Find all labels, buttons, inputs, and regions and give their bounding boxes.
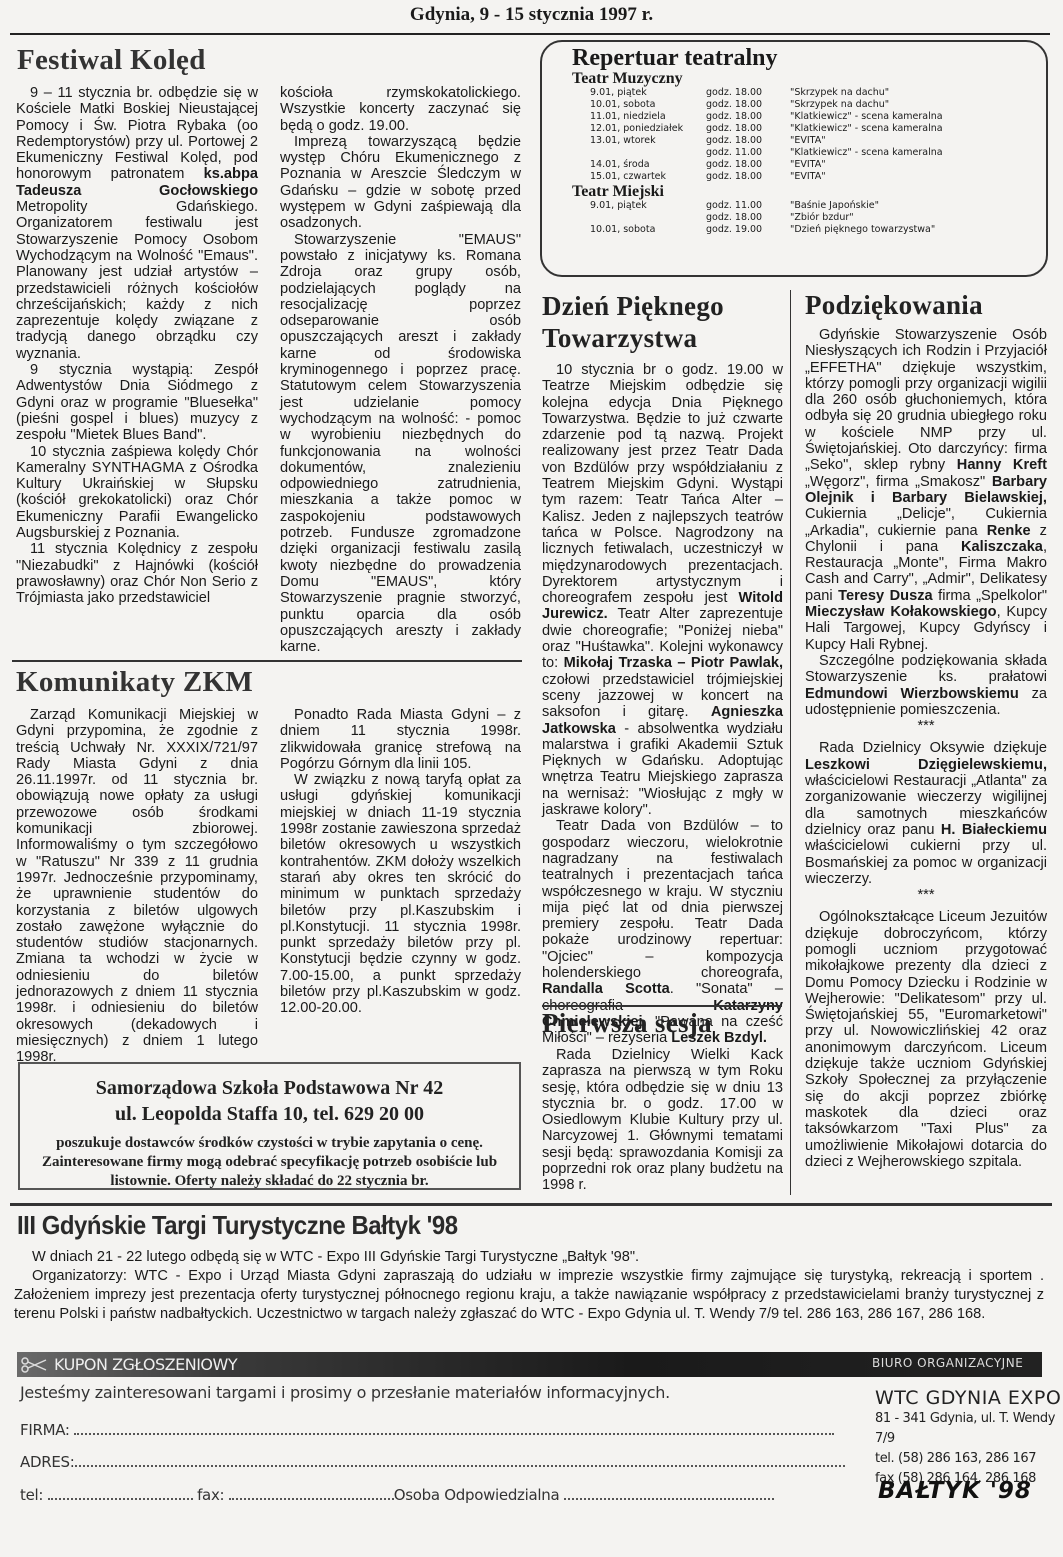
dzien-body: 10 stycznia br o godz. 19.00 w Teatrze M… xyxy=(542,362,783,1046)
podziekowania-para: Ogólnokształcące Liceum Jezuitów dziękuj… xyxy=(805,909,1047,1170)
org-tel: tel. (58) 286 163, 286 167 xyxy=(875,1449,1063,1469)
section-rule xyxy=(10,1203,1052,1206)
zkm-para: Ponadto Rada Miasta Gdyni – z dniem 11 s… xyxy=(280,707,521,772)
schedule-time: godz. 11.00 xyxy=(706,200,790,212)
firma-field[interactable]: FIRMA: xyxy=(20,1421,834,1439)
podziekowania-para: Rada Dzielnicy Oksywie dziękuje Leszkowi… xyxy=(805,740,1047,887)
text: firma „Spelkolor" xyxy=(933,588,1047,604)
schedule-time: godz. 18.00 xyxy=(706,135,790,147)
fair-para: Organizatorzy: WTC - Expo i Urząd Miasta… xyxy=(14,1267,1044,1324)
schedule-time: godz. 18.00 xyxy=(706,171,790,183)
text: „Węgorz", firma „Smakosz" xyxy=(805,474,992,490)
header-rule xyxy=(10,33,1050,35)
schedule-play: "Skrzypek na dachu" xyxy=(790,99,1046,111)
schedule-date: 15.01, czwartek xyxy=(572,171,706,183)
schedule-play: "Skrzypek na dachu" xyxy=(790,87,1046,99)
text: Teatr Dada von Bzdülów – to gospodarz wi… xyxy=(542,818,783,981)
schedule-play: "EVITA" xyxy=(790,159,1046,171)
osoba-input-line[interactable] xyxy=(564,1488,774,1500)
person-name: Mieczysław Kołakowskiego xyxy=(805,604,997,620)
schedule-row: 14.01, środagodz. 18.00"EVITA" xyxy=(572,159,1046,171)
text: właścicielowi cukierni przy ul. Bosmańsk… xyxy=(805,838,1047,887)
section-rule xyxy=(12,660,522,662)
contact-fields: tel: fax: Osoba Odpowiedzialna xyxy=(20,1486,774,1504)
podziekowania-para: Szczególne podziękowania składa Stowarzy… xyxy=(805,653,1047,718)
osoba-label: Osoba Odpowiedzialna xyxy=(394,1486,560,1504)
separator: *** xyxy=(805,887,1047,903)
schedule-date: 9.01, piątek xyxy=(572,87,706,99)
fair-body: W dniach 21 - 22 lutego odbędą się w WTC… xyxy=(14,1248,1044,1324)
fair-para: W dniach 21 - 22 lutego odbędą się w WTC… xyxy=(14,1248,1044,1267)
person-name: Renke xyxy=(987,523,1031,539)
theater-name: Teatr Muzyczny xyxy=(572,70,1046,87)
festiwal-para: 9 – 11 stycznia br. odbędzie się w Kości… xyxy=(16,85,258,362)
sesja-para: Rada Dzielnicy Wielki Kack zaprasza na p… xyxy=(542,1047,783,1194)
festiwal-col2: kościoła rzymskokatolickiego. Wszystkie … xyxy=(280,85,521,655)
festiwal-para: 10 stycznia zaśpiewa kolędy Chór Kameral… xyxy=(16,444,258,542)
festiwal-para: Stowarzyszenie "EMAUS" powstało z inicja… xyxy=(280,232,521,656)
schedule-date xyxy=(572,212,706,224)
text: Rada Dzielnicy Oksywie dziękuje xyxy=(819,740,1047,756)
organizer-contact: WTC GDYNIA EXPO 81 - 341 Gdynia, ul. T. … xyxy=(875,1387,1063,1489)
coupon-label: KUPON ZGŁOSZENIOWY xyxy=(20,1355,237,1374)
schedule-date: 12.01, poniedziałek xyxy=(572,123,706,135)
zkm-col2: Ponadto Rada Miasta Gdyni – z dniem 11 s… xyxy=(280,707,521,1017)
person-name: Edmundowi Wierzbowskiemu xyxy=(805,686,1019,702)
person-name: Teresy Dusza xyxy=(838,588,933,604)
zkm-col1: Zarząd Komunikacji Miejskiej w Gdyni prz… xyxy=(16,707,258,1066)
schedule-time: godz. 18.00 xyxy=(706,123,790,135)
sesja-body: Rada Dzielnicy Wielki Kack zaprasza na p… xyxy=(542,1047,783,1194)
ad-address: ul. Leopolda Staffa 10, tel. 629 20 00 xyxy=(20,1102,519,1126)
schedule-play: "Klatkiewicz" - scena kameralna xyxy=(790,111,1046,123)
festiwal-para: kościoła rzymskokatolickiego. Wszystkie … xyxy=(280,85,521,134)
adres-label: ADRES: xyxy=(20,1453,75,1471)
column-rule xyxy=(790,290,791,1195)
schedule-time: godz. 18.00 xyxy=(706,87,790,99)
firma-input-line[interactable] xyxy=(74,1423,834,1435)
theater-list: Teatr Muzyczny9.01, piątekgodz. 18.00"Sk… xyxy=(572,70,1046,236)
adres-input-line[interactable] xyxy=(75,1455,845,1467)
schedule-row: godz. 18.00"Zbiór bzdur" xyxy=(572,212,1046,224)
podziekowania-body: Gdyńskie Stowarzyszenie Osób Niesłyszący… xyxy=(805,327,1047,1170)
schedule-row: godz. 11.00"Klatkiewicz" - scena kameral… xyxy=(572,147,1046,159)
festiwal-para: Imprezą towarzyszącą będzie występ Chóru… xyxy=(280,134,521,232)
schedule-row: 13.01, wtorekgodz. 18.00"EVITA" xyxy=(572,135,1046,147)
tel-label: tel: xyxy=(20,1486,43,1504)
festiwal-col1: 9 – 11 stycznia br. odbędzie się w Kości… xyxy=(16,85,258,607)
fax-label: fax: xyxy=(197,1486,224,1504)
schedule-date: 10.01, sobota xyxy=(572,99,706,111)
schedule-row: 10.01, sobotagodz. 18.00"Skrzypek na dac… xyxy=(572,99,1046,111)
person-name: H. Białeckiemu xyxy=(941,822,1047,838)
coupon-intro: Jesteśmy zainteresowani targami i prosim… xyxy=(20,1383,670,1402)
schedule-time: godz. 18.00 xyxy=(706,99,790,111)
dzien-title: Dzień Pięknego Towarzystwa xyxy=(542,290,782,354)
person-name: Randalla Scotta xyxy=(542,981,670,997)
schedule-play: "EVITA" xyxy=(790,171,1046,183)
person-name: Kaliszczaka xyxy=(961,539,1043,555)
schedule-time: godz. 19.00 xyxy=(706,224,790,236)
tel-input-line[interactable] xyxy=(48,1488,193,1500)
schedule-row: 12.01, poniedziałekgodz. 18.00"Klatkiewi… xyxy=(572,123,1046,135)
fax-input-line[interactable] xyxy=(229,1488,394,1500)
firma-label: FIRMA: xyxy=(20,1421,70,1439)
theater-repertoire-box: Repertuar teatralny Teatr Muzyczny9.01, … xyxy=(540,40,1048,277)
coupon-title: KUPON ZGŁOSZENIOWY xyxy=(54,1355,237,1374)
theater-name: Teatr Miejski xyxy=(572,183,1046,200)
schedule-date: 9.01, piątek xyxy=(572,200,706,212)
festiwal-para: 11 stycznia Kolędnicy z zespołu "Niezabu… xyxy=(16,541,258,606)
schedule-row: 10.01, sobotagodz. 19.00"Dzień pięknego … xyxy=(572,224,1046,236)
schedule-row: 9.01, piątekgodz. 18.00"Skrzypek na dach… xyxy=(572,87,1046,99)
zkm-title: Komunikaty ZKM xyxy=(16,666,253,699)
person-name: Mikołaj Trzaska – Piotr Pawlak, xyxy=(564,655,783,671)
schedule-row: 15.01, czwartekgodz. 18.00"EVITA" xyxy=(572,171,1046,183)
adres-field[interactable]: ADRES: xyxy=(20,1453,845,1471)
person-name: Leszkowi Dzięgielewskiemu, xyxy=(805,757,1047,773)
separator: *** xyxy=(805,718,1047,734)
text: Szczególne podziękowania składa Stowarzy… xyxy=(805,653,1047,685)
sesja-title: Pierwsza sesja xyxy=(542,1008,712,1039)
repertoire-title: Repertuar teatralny xyxy=(572,46,1046,70)
person-name: Hanny Kreft xyxy=(957,457,1047,473)
text: Metropolity Gdańskiego. Organizatorem fe… xyxy=(16,199,258,362)
baltyk-logo: BAŁTYK '98 xyxy=(878,1478,1032,1504)
schedule-date xyxy=(572,147,706,159)
schedule-row: 9.01, piątekgodz. 11.00"Baśnie Japońskie… xyxy=(572,200,1046,212)
zkm-para: W związku z nową taryfą opłat za usługi … xyxy=(280,772,521,1016)
schedule-time: godz. 18.00 xyxy=(706,111,790,123)
podziekowania-para: Gdyńskie Stowarzyszenie Osób Niesłyszący… xyxy=(805,327,1047,653)
ad-body: poszukuje dostawców środków czystości w … xyxy=(20,1134,519,1191)
schedule-play: "Klatkiewicz" - scena kameralna xyxy=(790,123,1046,135)
ad-school-name: Samorządowa Szkoła Podstawowa Nr 42 xyxy=(20,1076,519,1100)
schedule-play: "Dzień pięknego towarzystwa" xyxy=(790,224,1046,236)
org-address: 81 - 341 Gdynia, ul. T. Wendy 7/9 xyxy=(875,1409,1063,1449)
scissors-icon xyxy=(20,1357,48,1373)
festiwal-title: Festiwal Kolęd xyxy=(17,44,206,77)
biuro-label: BIURO ORGANIZACYJNE xyxy=(872,1356,1023,1370)
fair-title: III Gdyńskie Targi Turystyczne Bałtyk '9… xyxy=(17,1210,458,1241)
schedule-play: "EVITA" xyxy=(790,135,1046,147)
podziekowania-title: Podziękowania xyxy=(805,290,983,321)
schedule-time: godz. 11.00 xyxy=(706,147,790,159)
zkm-para: Zarząd Komunikacji Miejskiej w Gdyni prz… xyxy=(16,707,258,1066)
dzien-para: 10 stycznia br o godz. 19.00 w Teatrze M… xyxy=(542,362,783,818)
schedule-row: 11.01, niedzielagodz. 18.00"Klatkiewicz"… xyxy=(572,111,1046,123)
schedule-date: 10.01, sobota xyxy=(572,224,706,236)
schedule-date: 11.01, niedziela xyxy=(572,111,706,123)
festiwal-para: 9 stycznia wystąpią: Zespół Adwentystów … xyxy=(16,362,258,443)
org-name: WTC GDYNIA EXPO xyxy=(875,1387,1063,1409)
text: 10 stycznia br o godz. 19.00 w Teatrze M… xyxy=(542,362,783,606)
page-date-header: Gdynia, 9 - 15 stycznia 1997 r. xyxy=(0,4,1063,26)
schedule-date: 13.01, wtorek xyxy=(572,135,706,147)
schedule-play: "Klatkiewicz" - scena kameralna xyxy=(790,147,1046,159)
schedule-date: 14.01, środa xyxy=(572,159,706,171)
schedule-play: "Zbiór bzdur" xyxy=(790,212,1046,224)
schedule-time: godz. 18.00 xyxy=(706,159,790,171)
section-rule xyxy=(542,1005,782,1007)
schedule-play: "Baśnie Japońskie" xyxy=(790,200,1046,212)
school-ad-box: Samorządowa Szkoła Podstawowa Nr 42 ul. … xyxy=(18,1062,521,1190)
text: Gdyńskie Stowarzyszenie Osób Niesłyszący… xyxy=(805,327,1047,473)
schedule-time: godz. 18.00 xyxy=(706,212,790,224)
